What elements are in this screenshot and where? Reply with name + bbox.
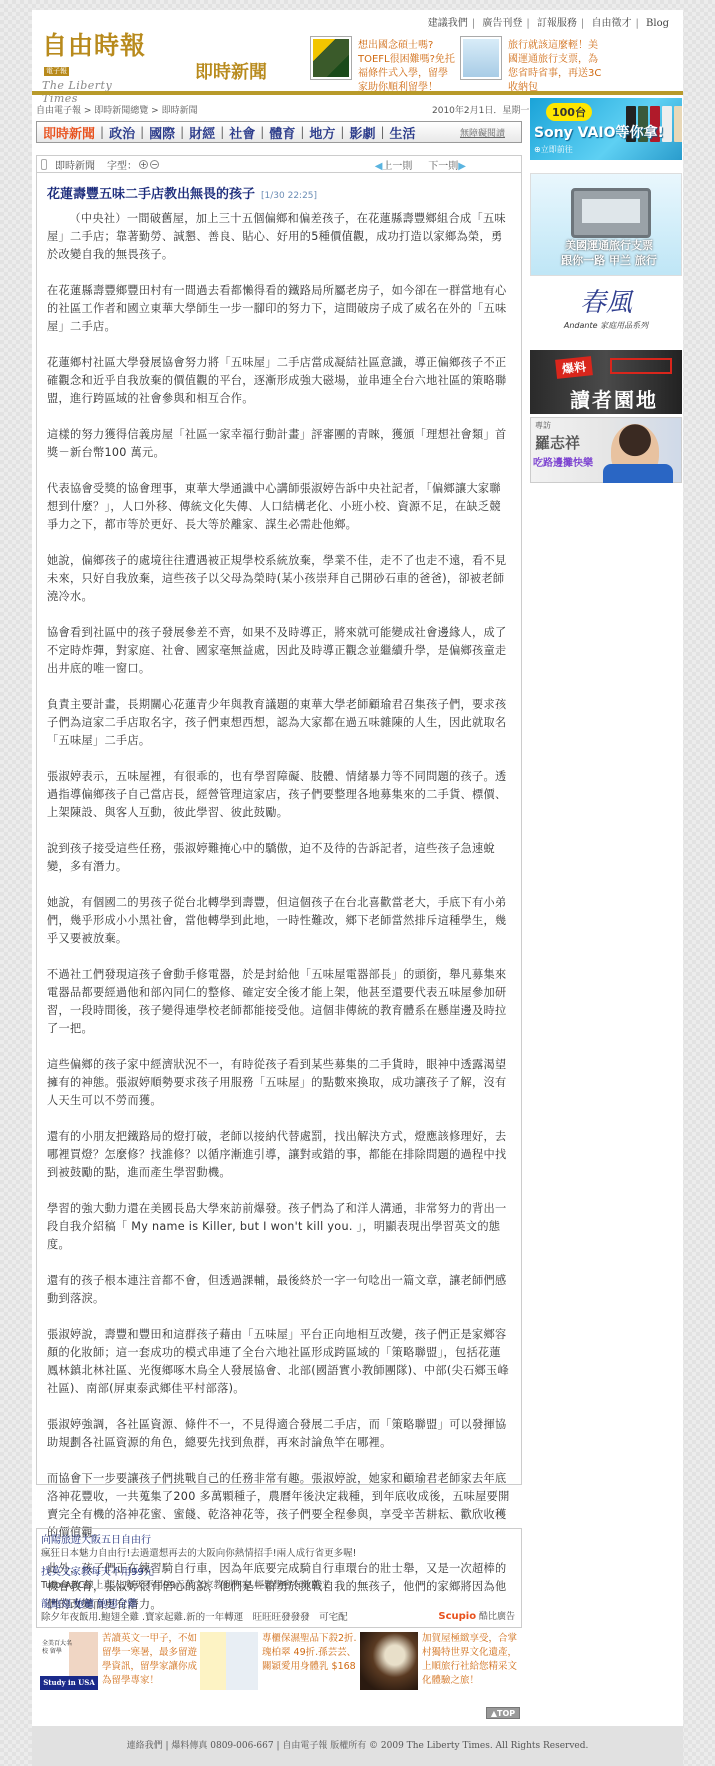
accessible-reading-link[interactable]: 無障礙閱讀: [460, 126, 505, 139]
interview-tagline: 吃路邊攤快樂: [533, 454, 593, 469]
baoliao-tag: 爆料: [555, 356, 593, 379]
interview-name: 羅志祥: [535, 432, 580, 453]
next-article-link[interactable]: 下一則: [428, 161, 458, 172]
back-to-top-button[interactable]: ▲TOP: [486, 1707, 520, 1719]
bottom-ad-text: 苦讀英文一甲子，不如留學一寒暑，最多留遊學資訊，留學家讓你成為留學專家！: [102, 1632, 200, 1692]
article-paragraph: 張淑婷強調，各社區資源、條件不一，不見得適合發展二手店，而「策略聯盟」可以發揮協…: [47, 1416, 511, 1452]
camera-graphic: [610, 358, 672, 374]
sony-badge: 100台: [546, 103, 592, 121]
top-link-suggest[interactable]: 建議我們: [428, 18, 468, 29]
article-paragraph: 張淑婷表示，五味屋裡，有很乖的，也有學習障礙、肢體、情緒暴力等不同問題的孩子。透…: [47, 768, 511, 822]
reader-tips-ad[interactable]: 爆料 讀者園地: [530, 350, 682, 414]
culture-travel-ad-image: [360, 1632, 418, 1690]
section-title: 即時新聞: [195, 58, 267, 84]
sony-title: Sony VAIO等你拿!: [534, 122, 664, 142]
article-paragraph: 花蓮鄉村社區大學發展協會努力將「五味屋」二手店當成凝結社區意識，導正偏鄉孩子不正…: [47, 354, 511, 408]
bottom-ad-text: 加賀屋極緻享受，合掌村獨特世界文化遺產，上順旅行社給您精采文化體驗之旅！: [422, 1632, 520, 1692]
nav-item-society[interactable]: 社會: [229, 123, 255, 142]
sponsored-links: 向陽旅遊大阪五日自由行 瘋狂日本魅力自由行!去過還想再去的大阪向你熱情招手!兩人…: [36, 1528, 522, 1628]
article-paragraph: 協會看到社區中的孩子發展參差不齊，如果不及時導正，將來就可能變成社會邊緣人，成了…: [47, 624, 511, 678]
prev-article-link[interactable]: 上一則: [382, 161, 412, 172]
article-paragraph: 代表協會受獎的協會理事，東華大學通識中心講師張淑婷告訴中央社記者，「偏鄉讓大家聯…: [47, 480, 511, 534]
bottom-ad-study[interactable]: 全美百大名校 留學 Study in USA 苦讀英文一甲子，不如留學一寒暑，最…: [40, 1632, 200, 1692]
amex-text: 美國運通旅行支票 跟你一路 甲兰 旅行: [557, 238, 661, 268]
interview-ad[interactable]: 專訪 羅志祥 吃路邊攤快樂: [530, 417, 682, 483]
article-content: 花蓮壽豐五味二手店教出無畏的孩子[1/30 22:25] （中央社）一間破舊屋，…: [37, 173, 521, 1614]
article-timestamp: [1/30 22:25]: [261, 191, 317, 201]
nav-item-sports[interactable]: 體育: [269, 123, 295, 142]
bottom-ad-text: 專櫃保濕聖品下殺2折.瑰柏翠 49折.孫芸芸、關穎愛用身體乳 $168: [262, 1632, 360, 1692]
bottom-ad-lotion[interactable]: 專櫃保濕聖品下殺2折.瑰柏翠 49折.孫芸芸、關穎愛用身體乳 $168: [200, 1632, 360, 1692]
article-paragraph: 不過社工們發現這孩子會動手修電器，於是封給他「五味屋電器部長」的頭銜，舉凡募集來…: [47, 966, 511, 1038]
ad-provider[interactable]: Scupio 酷比廣告: [438, 1609, 515, 1622]
article-paragraph: 在花蓮縣壽豐鄉豐田村有一間過去看都懶得看的鐵路局所屬老房子，如今卻在一群當地有心…: [47, 282, 511, 336]
article-paragraph: 這樣的努力獲得信義房屋「社區一家幸福行動計畫」評審團的青睞，獲頒「理想社會類」首…: [47, 426, 511, 462]
font-increase-icon[interactable]: +: [139, 160, 148, 169]
article-box: 即時新聞 字型： + − ◀上一則 下一則▶ 花蓮壽豐五味二手店教出無畏的孩子[…: [36, 155, 522, 1485]
headline-text: 花蓮壽豐五味二手店教出無畏的孩子: [47, 187, 255, 202]
header-divider: [32, 91, 683, 95]
sony-vaio-ad[interactable]: 100台 Sony VAIO等你拿! ⊕立即前往: [530, 98, 682, 160]
sponsored-item: 找英文家教每天不用99元 TutorABC線上真人,每天不用99元英文家教到你家…: [41, 1566, 517, 1592]
toefl-ad-thumb: [310, 36, 352, 80]
travel-cheque-ad-thumb: [460, 36, 502, 80]
breadcrumb-home[interactable]: 自由電子報: [36, 106, 81, 116]
article-paragraph: 負責主要計畫，長期關心花蓮青少年與教育議題的東華大學老師顧瑜君召集孩子們，要求孩…: [47, 696, 511, 750]
article-paragraph: 還有的孩子根本連注音都不會，但透過課輔，最後終於一字一句唸出一篇文章，讓老師們感…: [47, 1272, 511, 1308]
sponsored-desc: TutorABC線上真人,每天不用99元英文家教到你家,輕鬆學會有效英文: [41, 1579, 517, 1592]
amex-travel-ad[interactable]: 美國運通旅行支票 跟你一路 甲兰 旅行: [530, 173, 682, 276]
bottom-ads: 全美百大名校 留學 Study in USA 苦讀英文一甲子，不如留學一寒暑，最…: [40, 1632, 520, 1692]
sponsored-title[interactable]: 找英文家教每天不用99元: [41, 1566, 517, 1579]
sponsored-title[interactable]: 向陽旅遊大阪五日自由行: [41, 1534, 517, 1547]
article-paragraph: 說到孩子接受這些任務，張淑婷難掩心中的驕傲，迫不及待的告訴記者，這些孩子急速蛻變…: [47, 840, 511, 876]
nav-item-entertainment[interactable]: 影劇: [349, 123, 375, 142]
article-paragraph: 她說，偏鄉孩子的處境往往遭遇被正規學校系統放棄，學業不佳，走不了也走不遠，看不見…: [47, 552, 511, 606]
breadcrumb-overview[interactable]: 即時新聞總覽: [94, 106, 148, 116]
font-decrease-icon[interactable]: −: [150, 160, 159, 169]
sponsored-item: 向陽旅遊大阪五日自由行 瘋狂日本魅力自由行!去過還想再去的大阪向你熱情招手!兩人…: [41, 1534, 517, 1560]
header-ad-text: 想出國念碩士嗎?TOEFL很困難嗎?免托福條件式入學，留學家助你順利留學！: [358, 39, 456, 95]
article-paragraph: 張淑婷說，壽豐和豐田和這群孩子藉由「五味屋」平台正向地相互改變，孩子們正是家鄉容…: [47, 1326, 511, 1398]
category-nav: 即時新聞| 政治| 國際| 財經| 社會| 體育| 地方| 影劇| 生活 無障礙…: [36, 121, 522, 143]
lotion-ad-image: [200, 1632, 258, 1690]
breadcrumb-current[interactable]: 即時新聞: [162, 106, 198, 116]
top-link-advertise[interactable]: 廣告刊登: [482, 18, 522, 29]
top-link-blog[interactable]: Blog: [646, 18, 669, 29]
font-size-label: 字型：: [107, 157, 137, 172]
nav-item-international[interactable]: 國際: [149, 123, 175, 142]
briefcase-graphic: [571, 188, 651, 238]
article-paragraph: （中央社）一間破舊屋，加上三十五個偏鄉和偏差孩子，在花蓮縣壽豐鄉組合成「五味屋」…: [47, 210, 511, 264]
header-ad-toefl[interactable]: 想出國念碩士嗎?TOEFL很困難嗎?免托福條件式入學，留學家助你順利留學！: [310, 36, 456, 95]
logo-badge: 電子報: [44, 67, 69, 76]
andante-subtitle: Andante 家庭用品系列: [530, 320, 682, 331]
article-paragraph: 這些偏鄉的孩子家中經濟狀況不一，有時從孩子看到某些募集的二手貨時，眼神中透露渴望…: [47, 1056, 511, 1110]
next-arrow-icon[interactable]: ▶: [458, 161, 466, 172]
header-ad-text: 旅行就該這麼輕！美國運通旅行支票，為您省時省事，再送3C收納包: [508, 39, 606, 95]
sponsored-desc: 瘋狂日本魅力自由行!去過還想再去的大阪向你熱情招手!兩人成行省更多喔!: [41, 1547, 517, 1560]
top-links: 建議我們| 廣告刊登| 訂報服務| 自由徵才| Blog: [428, 14, 669, 29]
provider-label: 酷比廣告: [479, 1612, 515, 1622]
bottom-ad-travel[interactable]: 加賀屋極緻享受，合掌村獨特世界文化遺產，上順旅行社給您精采文化體驗之旅！: [360, 1632, 520, 1692]
page-container: 建議我們| 廣告刊登| 訂報服務| 自由徵才| Blog 自由時報電子報 The…: [32, 10, 683, 1754]
header-ad-travel[interactable]: 旅行就該這麼輕！美國運通旅行支票，為您省時省事，再送3C收納包: [460, 36, 606, 95]
andante-logo: 春風: [530, 286, 682, 320]
toolbar-section: 即時新聞: [55, 157, 95, 172]
article-toolbar: 即時新聞 字型： + − ◀上一則 下一則▶: [37, 156, 521, 173]
nav-item-finance[interactable]: 財經: [189, 123, 215, 142]
andante-ad[interactable]: 春風 Andante 家庭用品系列: [530, 286, 682, 348]
article-paragraph: 學習的強大動力還在美國長島大學來訪前爆發。孩子們為了和洋人溝通，非常努力的背出一…: [47, 1200, 511, 1254]
study-usa-ad-image: 全美百大名校 留學 Study in USA: [40, 1632, 98, 1690]
top-link-subscribe[interactable]: 訂報服務: [537, 18, 577, 29]
footer: 連絡我們 | 爆料傳真 0809-006-667 | 自由電子報 版權所有 © …: [32, 1726, 683, 1766]
site-logo[interactable]: 自由時報電子報 The Liberty Times: [42, 32, 152, 82]
current-date: 2010年2月1日．星期一: [432, 103, 529, 116]
provider-brand: Scupio: [438, 1611, 476, 1622]
article-headline: 花蓮壽豐五味二手店教出無畏的孩子[1/30 22:25]: [47, 183, 511, 202]
sony-cta: ⊕立即前往: [534, 144, 573, 155]
logo-zh: 自由時報: [42, 31, 146, 60]
interview-label: 專訪: [535, 420, 551, 431]
nav-item-life[interactable]: 生活: [390, 123, 416, 142]
section-marker-icon: [41, 159, 47, 170]
nav-item-local[interactable]: 地方: [309, 123, 335, 142]
article-paragraph: 她說，有個國二的男孩子從台北轉學到壽豐，但這個孩子在台北喜歡當老大，手底下有小弟…: [47, 894, 511, 948]
article-paragraph: 還有的小朋友把鐵路局的燈打破，老師以接納代替處罰，找出解決方式，燈應該修理好，去…: [47, 1128, 511, 1182]
nav-item-breaking[interactable]: 即時新聞: [43, 123, 95, 142]
nav-item-politics[interactable]: 政治: [109, 123, 135, 142]
article-pager: ◀上一則 下一則▶: [375, 157, 466, 172]
baoliao-title: 讀者園地: [570, 384, 658, 413]
top-link-jobs[interactable]: 自由徵才: [591, 18, 631, 29]
breadcrumb: 自由電子報 > 即時新聞總覽 > 即時新聞: [36, 103, 198, 116]
